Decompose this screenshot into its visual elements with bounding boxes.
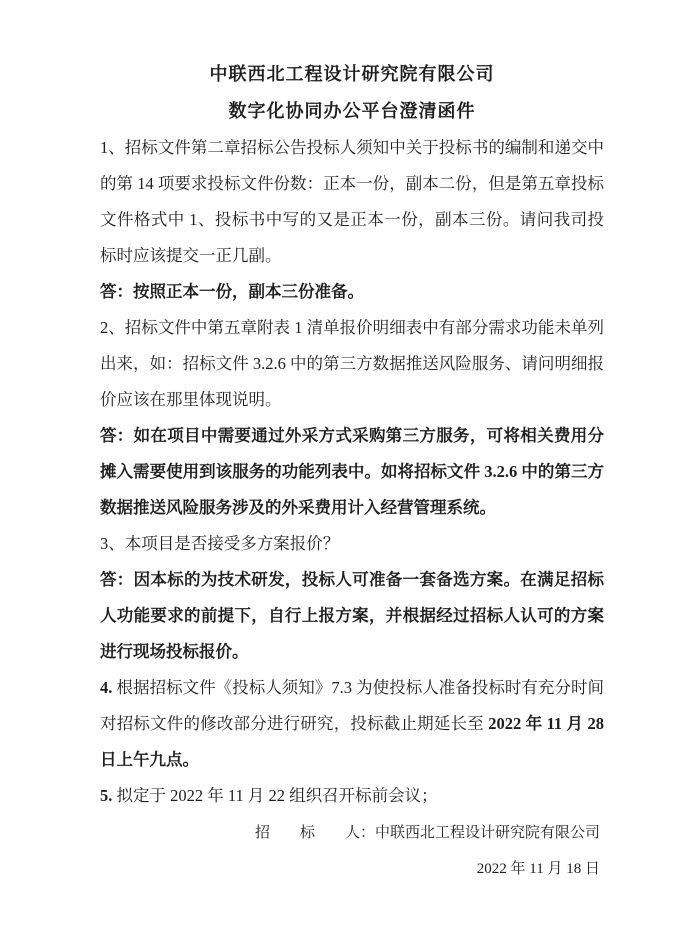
answer-1: 答：按照正本一份，副本三份准备。 <box>100 274 604 310</box>
question-1: 1、招标文件第二章招标公告投标人须知中关于投标书的编制和递交中的第 14 项要求… <box>100 130 604 274</box>
answer-2: 答：如在项目中需要通过外采方式采购第三方服务，可将相关费用分摊入需要使用到该服务… <box>100 418 604 526</box>
notice-4-number: 4. <box>100 678 112 697</box>
company-title: 中联西北工程设计研究院有限公司 <box>100 56 604 93</box>
notice-5-text: 拟定于 2022 年 11 月 22 组织召开标前会议； <box>112 786 437 805</box>
answer-3: 答：因本标的为技术研发，投标人可准备一套备选方案。在满足招标人功能要求的前提下，… <box>100 562 604 670</box>
notice-5: 5. 拟定于 2022 年 11 月 22 组织召开标前会议； <box>100 778 604 814</box>
tenderee-label: 招 标 人： <box>255 825 375 841</box>
question-2: 2、招标文件中第五章附表 1 清单报价明细表中有部分需求功能未单列出来，如：招标… <box>100 310 604 418</box>
clarification-letter-page: 中联西北工程设计研究院有限公司 数字化协同办公平台澄清函件 1、招标文件第二章招… <box>0 0 700 950</box>
letter-date: 2022 年 11 月 18 日 <box>100 852 604 886</box>
tenderee-name: 中联西北工程设计研究院有限公司 <box>375 825 600 841</box>
notice-5-number: 5. <box>100 786 112 805</box>
tenderee-signature: 招 标 人：中联西北工程设计研究院有限公司 <box>100 816 604 850</box>
notice-4: 4. 根据招标文件《投标人须知》7.3 为使投标人准备投标时有充分时间对招标文件… <box>100 670 604 778</box>
document-title: 数字化协同办公平台澄清函件 <box>100 93 604 130</box>
question-3: 3、本项目是否接受多方案报价？ <box>100 526 604 562</box>
